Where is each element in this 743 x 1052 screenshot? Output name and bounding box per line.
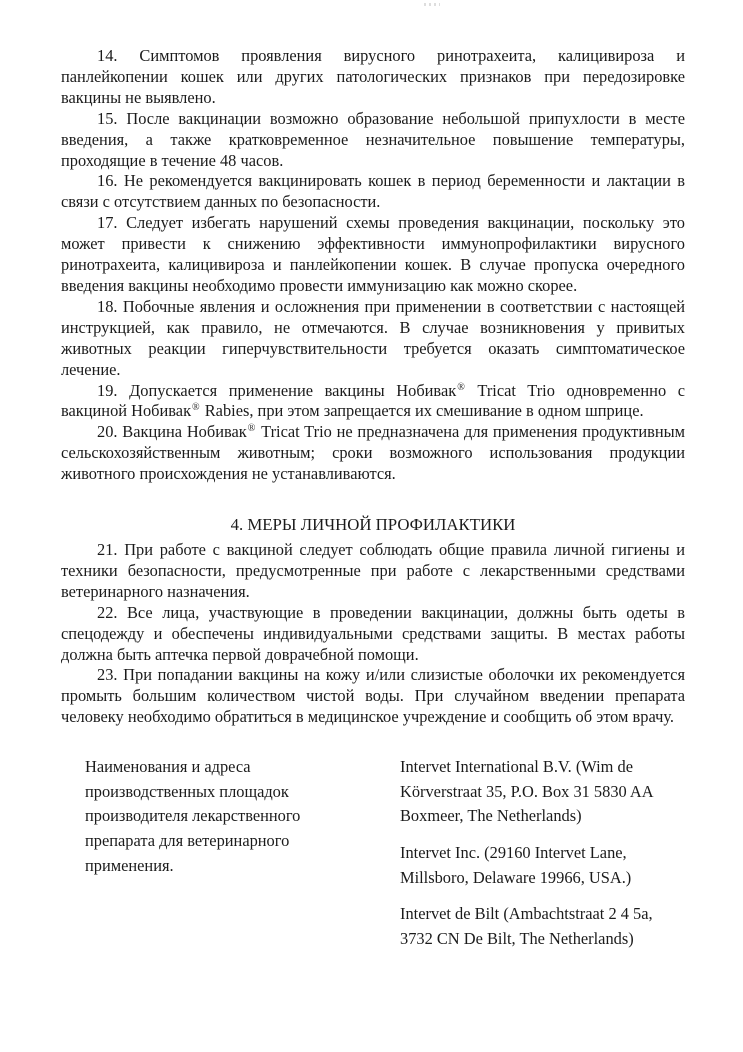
- manufacturers-label: Наименования и адреса производственных п…: [85, 755, 337, 878]
- paragraph-20-text: 20. Вакцина Нобивак: [97, 422, 247, 441]
- paragraph-21: 21. При работе с вакциной следует соблюд…: [61, 540, 685, 603]
- paragraph-19-text: Rabies, при этом запрещается их смешиван…: [201, 401, 644, 420]
- paragraph-17: 17. Следует избегать нарушений схемы про…: [61, 213, 685, 297]
- scan-artifact: [424, 3, 440, 6]
- manufacturer-address-intervet-inc: Intervet Inc. (29160 Intervet Lane, Mill…: [400, 841, 684, 890]
- document-page: 14. Симптомов проявления вирусного ринот…: [0, 0, 743, 1052]
- section-4-heading: 4. МЕРЫ ЛИЧНОЙ ПРОФИЛАКТИКИ: [61, 514, 685, 535]
- paragraph-14: 14. Симптомов проявления вирусного ринот…: [61, 46, 685, 109]
- paragraph-18: 18. Побочные явления и осложнения при пр…: [61, 297, 685, 381]
- paragraph-15: 15. После вакцинации возможно образовани…: [61, 109, 685, 172]
- paragraph-19: 19. Допускается применение вакцины Нобив…: [61, 381, 685, 423]
- registered-trademark-icon: ®: [192, 402, 200, 413]
- manufacturer-address-intervet-de-bilt: Intervet de Bilt (Ambachtstraat 2 4 5a, …: [400, 902, 684, 951]
- manufacturers-address-list: Intervet International B.V. (Wim de Körv…: [400, 755, 684, 951]
- paragraph-20: 20. Вакцина Нобивак® Tricat Trio не пред…: [61, 422, 685, 485]
- manufacturer-address-intervet-international: Intervet International B.V. (Wim de Körv…: [400, 755, 684, 829]
- registered-trademark-icon: ®: [457, 382, 465, 393]
- manufacturers-section: Наименования и адреса производственных п…: [61, 755, 685, 951]
- document-content: 14. Симптомов проявления вирусного ринот…: [61, 46, 685, 951]
- paragraph-16: 16. Не рекомендуется вакцинировать кошек…: [61, 171, 685, 213]
- paragraph-23: 23. При попадании вакцины на кожу и/или …: [61, 665, 685, 728]
- paragraph-22: 22. Все лица, участвующие в проведении в…: [61, 603, 685, 666]
- paragraph-19-text: 19. Допускается применение вакцины Нобив…: [97, 381, 456, 400]
- registered-trademark-icon: ®: [248, 423, 256, 434]
